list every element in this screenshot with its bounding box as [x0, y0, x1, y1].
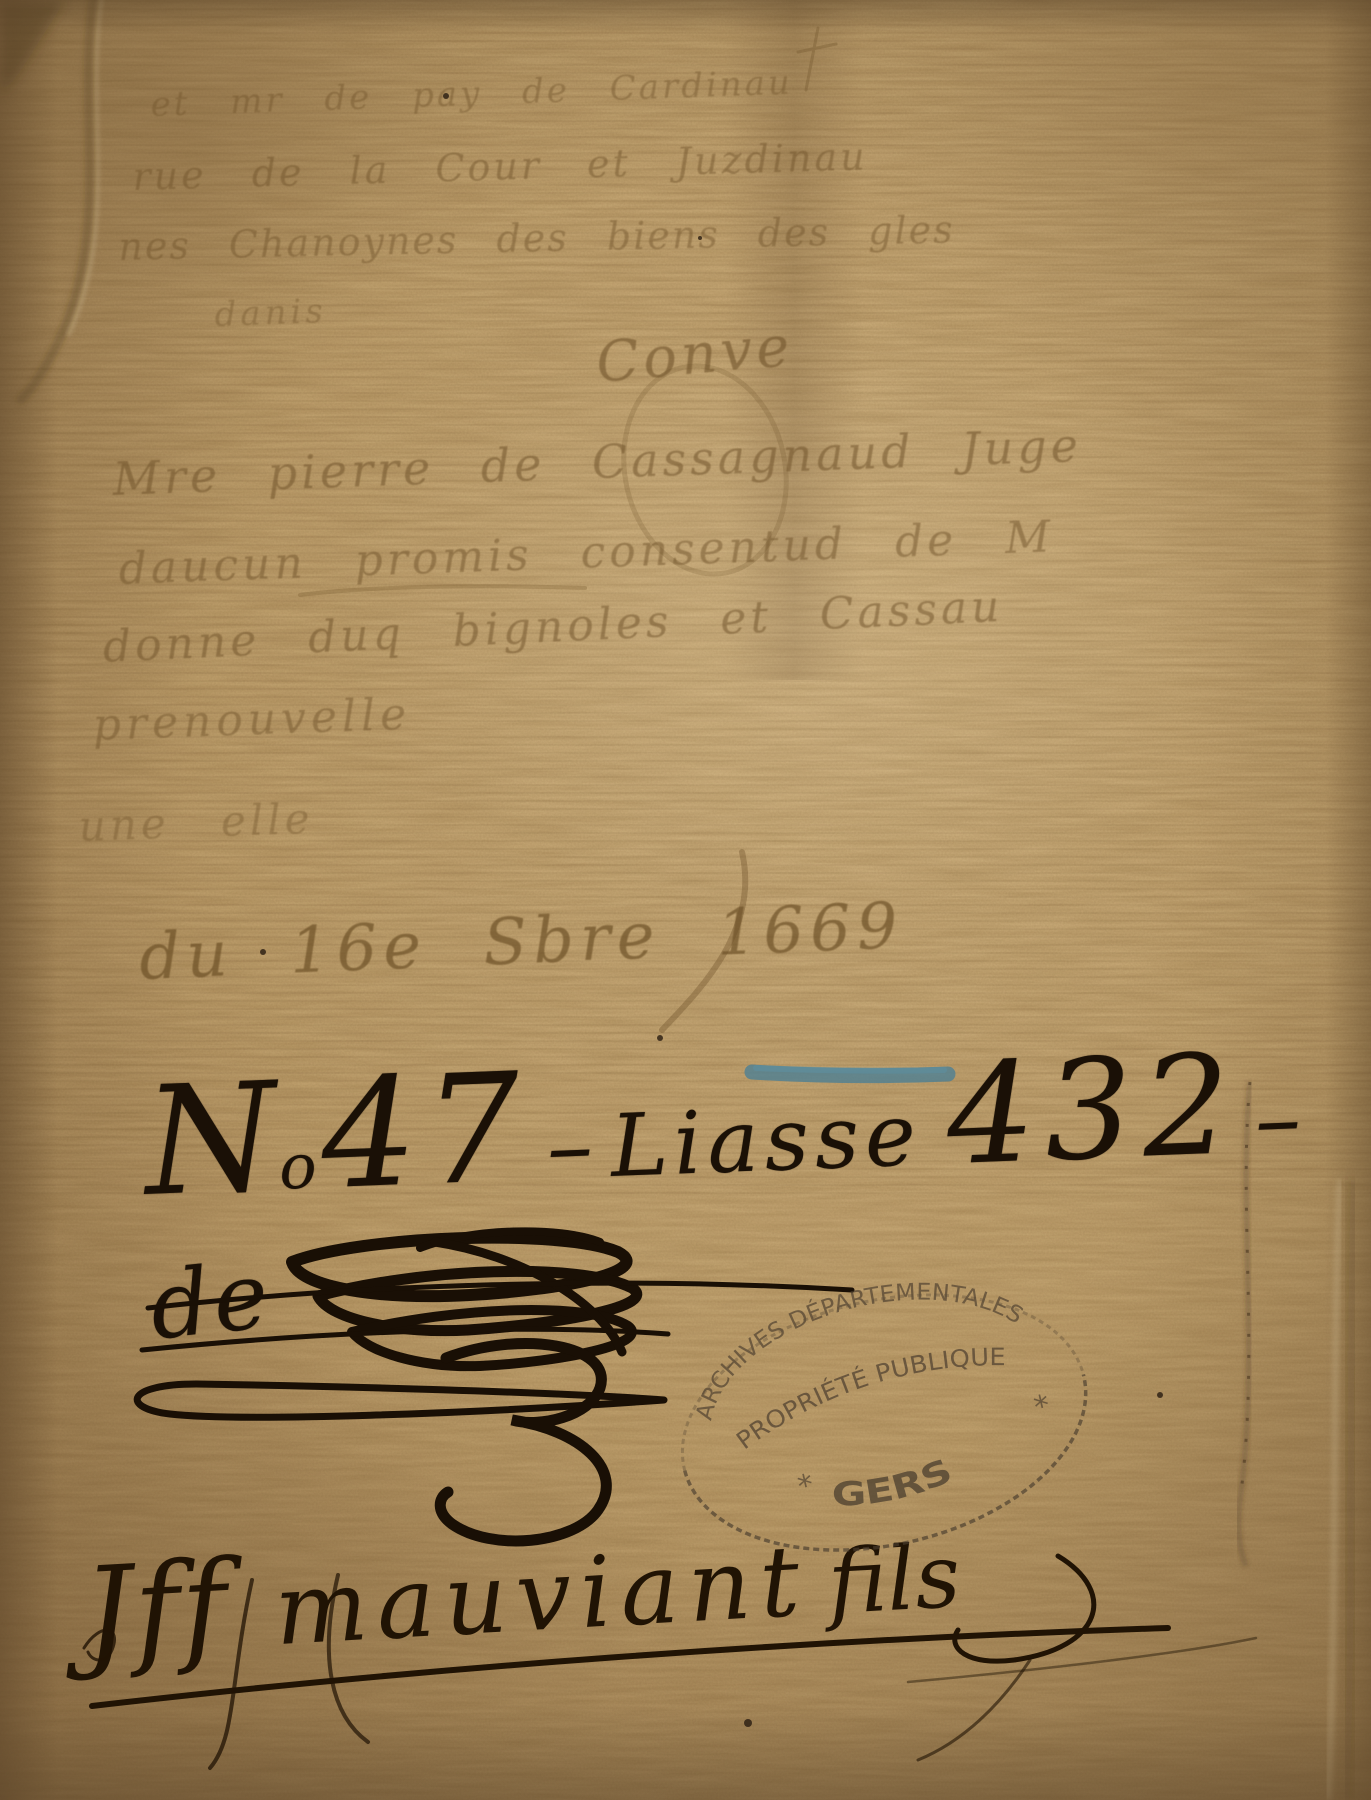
faded-line-4: danis	[214, 294, 327, 332]
faded-line-9: une elle	[78, 798, 314, 848]
manuscript-photo: et mr de pay de Cardinau rue de la Cour …	[0, 0, 1371, 1800]
reference-superscript-o: o	[278, 1135, 318, 1198]
liasse-label: Liasse	[609, 1092, 923, 1190]
liasse-number: 432	[944, 1036, 1242, 1185]
signature-suffix: fils	[826, 1532, 963, 1627]
reference-dash-1: –	[545, 1100, 594, 1194]
signature-prefix: Jff	[80, 1544, 232, 1674]
crossed-out-word: de	[146, 1249, 276, 1353]
faded-line-8: prenouvelle	[92, 693, 412, 748]
reference-dash-2: –	[1253, 1073, 1302, 1167]
center-word: Conve	[594, 319, 796, 392]
reference-letter-n: N	[142, 1063, 279, 1218]
signature-name: mauviant	[272, 1532, 811, 1660]
reference-number: 47	[318, 1053, 530, 1211]
